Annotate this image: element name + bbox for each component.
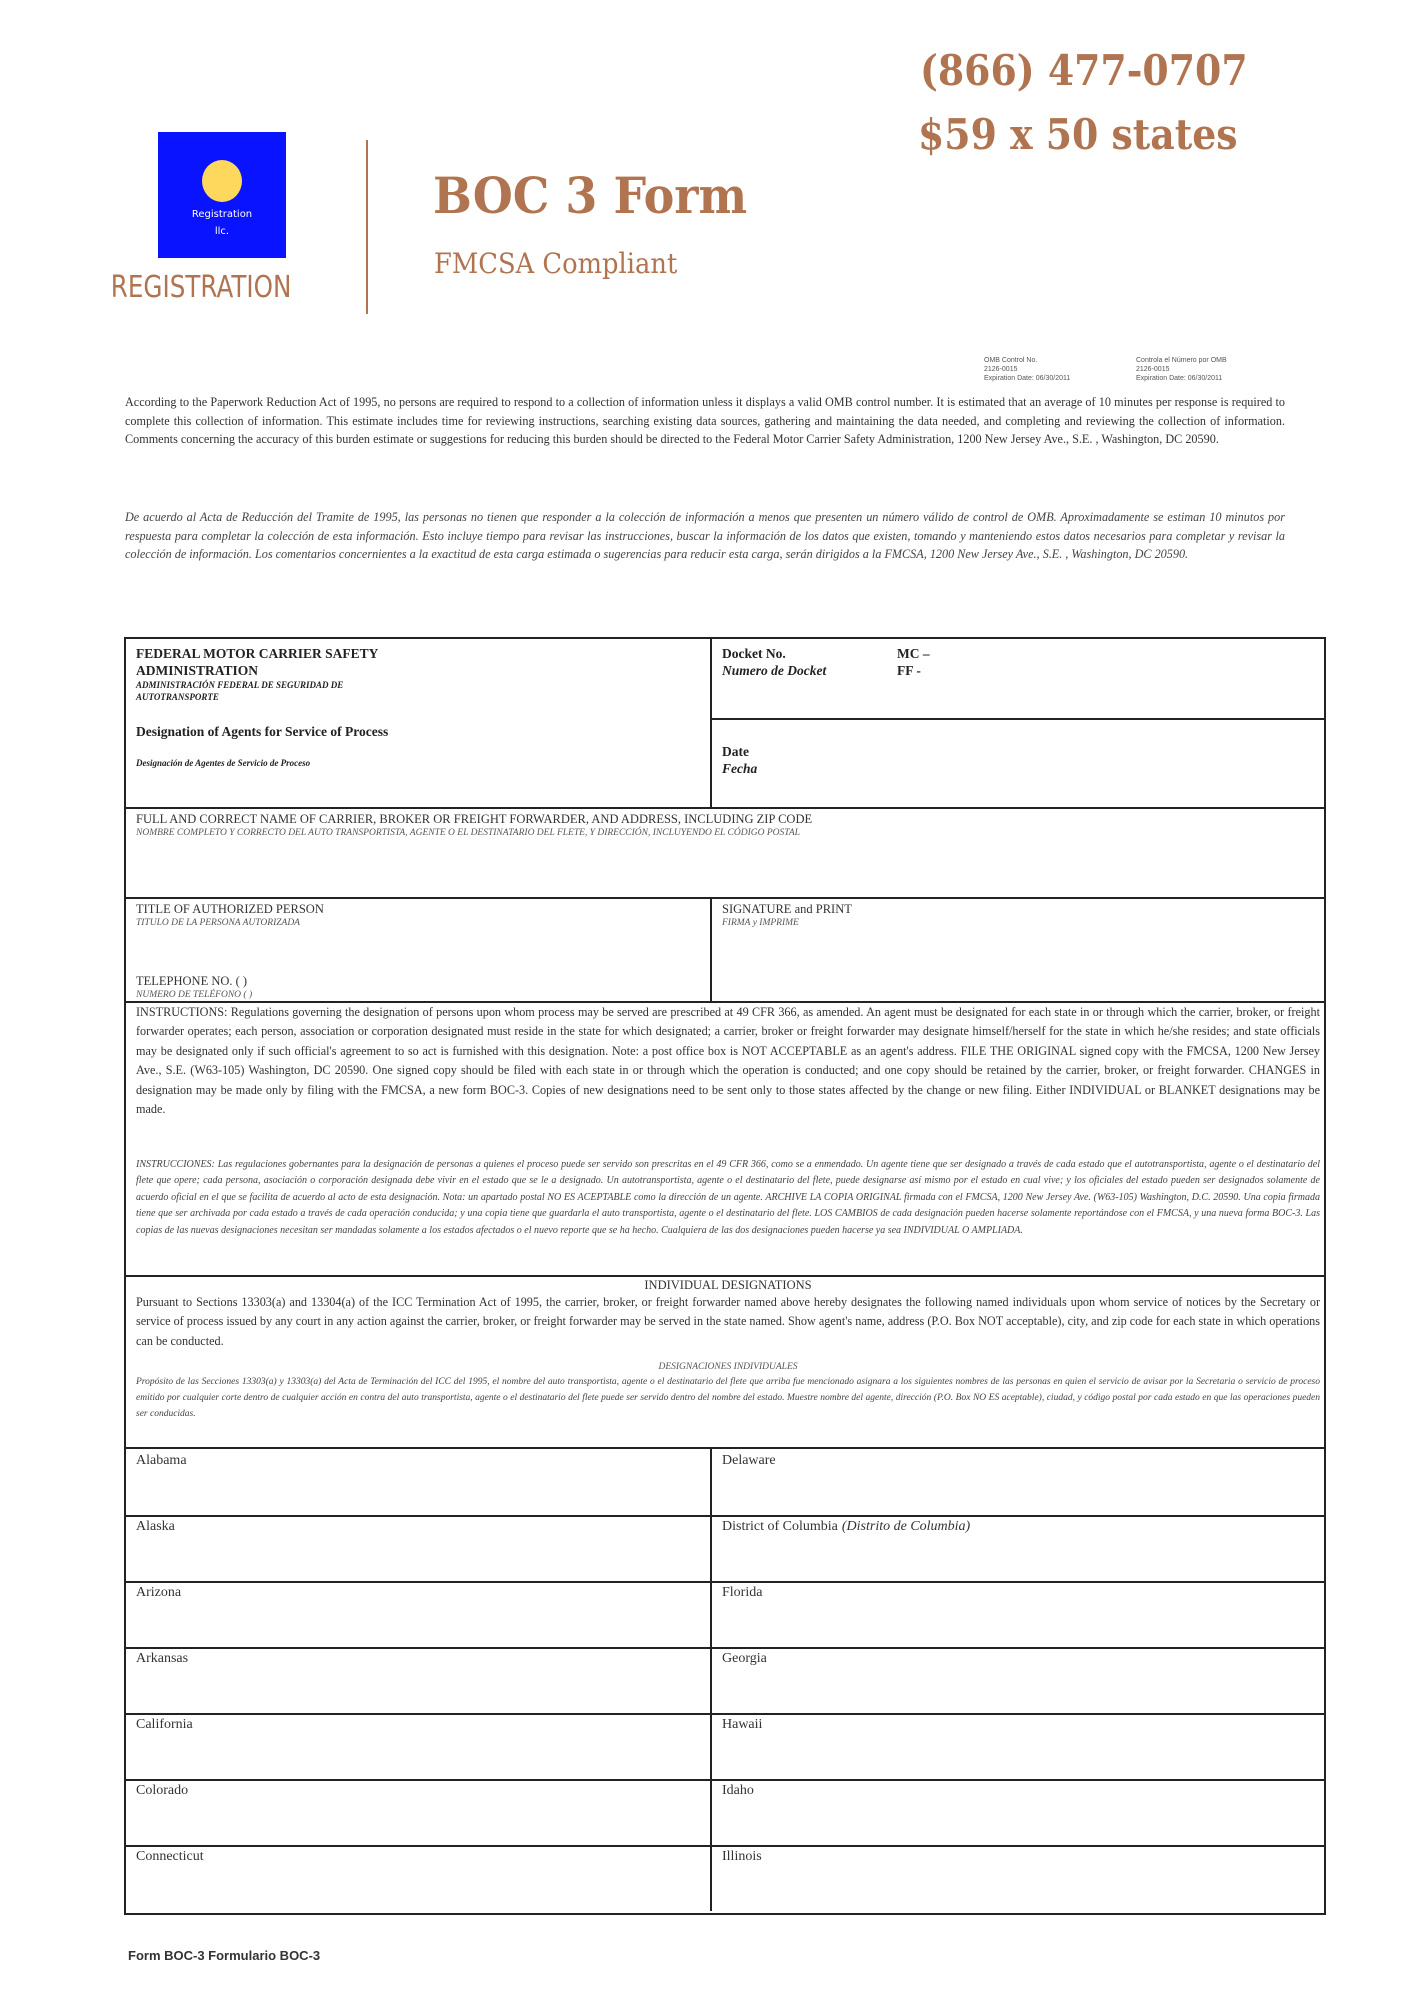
state-field-alaska[interactable]: Alaska	[136, 1519, 696, 1577]
authorized-person-title-field[interactable]: TITLE OF AUTHORIZED PERSON TITULO DE LA …	[136, 901, 706, 1001]
state-field-arizona[interactable]: Arizona	[136, 1585, 696, 1643]
date-field[interactable]: Date Fecha	[722, 743, 1322, 777]
paperwork-notice-en: According to the Paperwork Reduction Act…	[125, 393, 1285, 449]
state-field-california[interactable]: California	[136, 1717, 696, 1775]
header-divider	[366, 140, 368, 314]
company-logo: Registration llc.	[158, 132, 286, 258]
state-field-georgia[interactable]: Georgia	[722, 1651, 1312, 1709]
state-field-delaware[interactable]: Delaware	[722, 1453, 1312, 1511]
state-field-hawaii[interactable]: Hawaii	[722, 1717, 1312, 1775]
state-field-colorado[interactable]: Colorado	[136, 1783, 696, 1841]
telephone-field[interactable]: TELEPHONE NO. ( )	[136, 973, 706, 989]
page-title: BOC 3 Form	[433, 166, 747, 225]
brand-name: REGISTRATION	[106, 270, 296, 305]
paperwork-notice-es: De acuerdo al Acta de Reducción del Tram…	[125, 508, 1285, 564]
signature-field[interactable]: SIGNATURE and PRINT FIRMA y IMPRIME	[722, 901, 1322, 1001]
column-divider	[710, 639, 712, 807]
state-field-illinois[interactable]: Illinois	[722, 1849, 1312, 1907]
state-column-divider	[710, 1447, 712, 1911]
state-field-district-of-columbia[interactable]: District of Columbia(Distrito de Columbi…	[722, 1519, 1312, 1577]
instructions-en: INSTRUCTIONS: Regulations governing the …	[136, 1003, 1320, 1119]
omb-control-es: Controla el Número por OMB2126-0015Expir…	[1136, 356, 1227, 383]
state-field-connecticut[interactable]: Connecticut	[136, 1849, 696, 1907]
instructions-es: INSTRUCCIONES: Las regulaciones gobernan…	[136, 1157, 1320, 1275]
logo-text: Registration llc.	[158, 206, 286, 240]
state-field-alabama[interactable]: Alabama	[136, 1453, 696, 1511]
omb-control-en: OMB Control No.2126-0015Expiration Date:…	[984, 356, 1070, 383]
state-field-arkansas[interactable]: Arkansas	[136, 1651, 696, 1709]
form-footer: Form BOC-3 Formulario BOC-3	[128, 1948, 320, 1963]
individual-designations: INDIVIDUAL DESIGNATIONS Pursuant to Sect…	[136, 1277, 1320, 1422]
price-text: $59 x 50 states	[918, 110, 1238, 159]
state-field-florida[interactable]: Florida	[722, 1585, 1312, 1643]
sun-icon	[202, 160, 242, 202]
agency-block: FEDERAL MOTOR CARRIER SAFETY ADMINISTRAT…	[136, 645, 696, 769]
boc3-form: FEDERAL MOTOR CARRIER SAFETY ADMINISTRAT…	[124, 637, 1326, 1915]
docket-field[interactable]: Docket No.MC – Numero de DocketFF -	[722, 645, 1322, 679]
page-subtitle: FMCSA Compliant	[434, 247, 677, 280]
carrier-name-address-field[interactable]: FULL AND CORRECT NAME OF CARRIER, BROKER…	[136, 811, 1316, 895]
state-field-idaho[interactable]: Idaho	[722, 1783, 1312, 1841]
designation-title: Designation of Agents for Service of Pro…	[136, 723, 696, 740]
phone-number[interactable]: (866) 477-0707	[920, 46, 1248, 95]
